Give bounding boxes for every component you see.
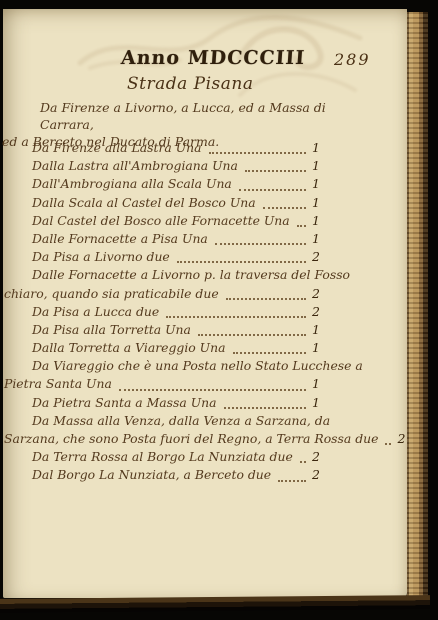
posts-count: 2	[312, 303, 330, 321]
leader-dots	[166, 316, 306, 318]
route-entry-text: Da Pisa alla Torretta Una	[4, 321, 191, 339]
leader-dots	[209, 152, 306, 154]
posts-count: 1	[312, 321, 330, 339]
year-heading: Anno MDCCCIII	[120, 47, 306, 69]
route-entry-list: Da Firenze alla Lastra Una1Dalla Lastra …	[4, 139, 330, 485]
route-entry-text: Da Firenze alla Lastra Una	[4, 139, 202, 157]
posts-count: 1	[312, 194, 330, 212]
posts-count: 1	[312, 139, 330, 157]
posts-count: 2	[397, 430, 405, 448]
route-entry-row: Sarzana, che sono Posta fuori del Regno,…	[4, 430, 330, 448]
posts-count: 2	[312, 248, 330, 266]
route-entry-text: Dal Castel del Bosco alle Fornacette Una	[4, 212, 290, 230]
route-entry-line: Da Viareggio che è una Posta nello Stato…	[4, 357, 330, 375]
route-entry-row: Da Pietra Santa a Massa Una1	[4, 394, 330, 412]
leader-dots	[119, 389, 306, 391]
route-entry-text: Da Pisa a Lucca due	[4, 303, 159, 321]
posts-count: 2	[312, 466, 330, 484]
route-entry-row: Dalla Scala al Castel del Bosco Una1	[4, 194, 330, 212]
leader-dots	[278, 480, 306, 482]
leader-dots	[198, 334, 306, 336]
posts-count: 2	[312, 285, 330, 303]
leader-dots	[245, 170, 306, 172]
route-title: Strada Pisana	[127, 74, 253, 94]
leader-dots	[263, 207, 306, 209]
posts-count: 1	[312, 230, 330, 248]
book-fore-edge-pages	[407, 12, 428, 604]
photographed-manuscript-page: { "page": { "heading": { "year": "Anno M…	[0, 0, 438, 620]
route-entry-text: Pietra Santa Una	[4, 375, 112, 393]
route-entry-row: Da Pisa a Livorno due2	[4, 248, 330, 266]
route-entry-row: chiaro, quando sia praticabile due2	[4, 285, 330, 303]
posts-count: 1	[312, 157, 330, 175]
posts-count: 1	[312, 212, 330, 230]
leader-dots	[215, 243, 306, 245]
route-entry-text: Dalla Scala al Castel del Bosco Una	[4, 194, 256, 212]
page-number: 289	[334, 50, 371, 69]
route-entry-row: Dal Castel del Bosco alle Fornacette Una…	[4, 212, 330, 230]
route-entry-text: chiaro, quando sia praticabile due	[4, 285, 219, 303]
posts-count: 1	[312, 339, 330, 357]
route-entry-line: Da Massa alla Venza, dalla Venza a Sarza…	[4, 412, 330, 430]
route-entry-text: Da Pietra Santa a Massa Una	[4, 394, 217, 412]
leader-dots	[385, 443, 391, 445]
leader-dots	[177, 261, 306, 263]
posts-count: 1	[312, 394, 330, 412]
route-entry-row: Dalle Fornacette a Pisa Una1	[4, 230, 330, 248]
leader-dots	[239, 189, 306, 191]
route-entry-row: Dal Borgo La Nunziata, a Berceto due2	[4, 466, 330, 484]
route-entry-row: Da Pisa alla Torretta Una1	[4, 321, 330, 339]
route-entry-row: Da Firenze alla Lastra Una1	[4, 139, 330, 157]
route-entry-text: Dall'Ambrogiana alla Scala Una	[4, 175, 232, 193]
posts-count: 2	[312, 448, 330, 466]
route-entry-row: Da Terra Rossa al Borgo La Nunziata due2	[4, 448, 330, 466]
route-entry-text: Sarzana, che sono Posta fuori del Regno,…	[4, 430, 378, 448]
route-entry-row: Da Pisa a Lucca due2	[4, 303, 330, 321]
leader-dots	[224, 407, 306, 409]
leader-dots	[297, 225, 306, 227]
book-bottom-cover-edge	[0, 595, 430, 613]
posts-count: 1	[312, 175, 330, 193]
route-entry-text: Dal Borgo La Nunziata, a Berceto due	[4, 466, 271, 484]
leader-dots	[300, 461, 306, 463]
route-entry-text: Dalle Fornacette a Pisa Una	[4, 230, 208, 248]
route-entry-line: Dalle Fornacette a Livorno p. la travers…	[4, 266, 330, 284]
route-entry-text: Da Terra Rossa al Borgo La Nunziata due	[4, 448, 293, 466]
route-entry-row: Dalla Lastra all'Ambrogiana Una1	[4, 157, 330, 175]
route-entry-text: Da Pisa a Livorno due	[4, 248, 170, 266]
leader-dots	[226, 298, 306, 300]
route-entry-row: Dalla Torretta a Viareggio Una1	[4, 339, 330, 357]
route-entry-text: Dalla Lastra all'Ambrogiana Una	[4, 157, 238, 175]
intro-line: Da Firenze a Livorno, a Lucca, ed a Mass…	[2, 99, 362, 133]
leader-dots	[233, 352, 307, 354]
route-entry-row: Dall'Ambrogiana alla Scala Una1	[4, 175, 330, 193]
posts-count: 1	[312, 375, 330, 393]
route-entry-text: Dalla Torretta a Viareggio Una	[4, 339, 226, 357]
route-entry-row: Pietra Santa Una1	[4, 375, 330, 393]
